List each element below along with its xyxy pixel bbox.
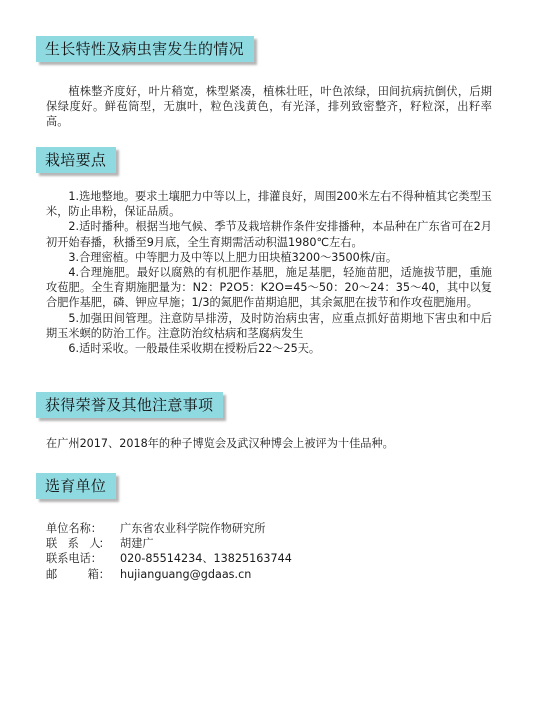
section-header-honors: 获得荣誉及其他注意事项 bbox=[36, 392, 223, 418]
label-suffix: ： bbox=[99, 536, 110, 551]
contact-value-email: hujianguang@gdaas.cn bbox=[120, 567, 251, 582]
contact-label: 单位名称： bbox=[46, 521, 120, 536]
contact-value-unit-name: 广东省农业科学院作物研究所 bbox=[120, 521, 265, 536]
breeding-unit-contact: 单位名称： 广东省农业科学院作物研究所 联 系 人： 胡建广 联系电话： 020… bbox=[46, 521, 292, 582]
section-header-growth-characteristics: 生长特性及病虫害发生的情况 bbox=[36, 36, 254, 62]
contact-value-person: 胡建广 bbox=[120, 536, 154, 551]
contact-row-email: 邮 箱： hujianguang@gdaas.cn bbox=[46, 567, 292, 582]
paragraph: 植株整齐度好，叶片稍宽，株型紧凑，植株壮旺，叶色浓绿，田间抗病抗倒伏，后期保绿度… bbox=[46, 84, 492, 130]
paragraph-step-3: 3.合理密植。中等肥力及中等以上肥力田块植3200～3500株/亩。 bbox=[46, 250, 492, 265]
cultivation-points-text: 1.选地整地。要求土壤肥力中等以上，排灌良好，周围200米左右不得种植其它类型玉… bbox=[46, 189, 492, 356]
paragraph-step-1: 1.选地整地。要求土壤肥力中等以上，排灌良好，周围200米左右不得种植其它类型玉… bbox=[46, 189, 492, 219]
section-header-cultivation-points: 栽培要点 bbox=[36, 147, 116, 173]
growth-characteristics-text: 植株整齐度好，叶片稍宽，株型紧凑，植株壮旺，叶色浓绿，田间抗病抗倒伏，后期保绿度… bbox=[46, 84, 492, 130]
paragraph-step-4: 4.合理施肥。最好以腐熟的有机肥作基肥，施足基肥，轻施苗肥，适施拔节肥，重施攻苞… bbox=[46, 265, 492, 311]
label-char: 邮 bbox=[46, 567, 57, 582]
contact-row-unit-name: 单位名称： 广东省农业科学院作物研究所 bbox=[46, 521, 292, 536]
label-char-group: 箱： bbox=[88, 567, 110, 582]
paragraph-step-6: 6.适时采收。一般最佳采收期在授粉后22～25天。 bbox=[46, 341, 492, 356]
contact-row-contact-person: 联 系 人： 胡建广 bbox=[46, 536, 292, 551]
paragraph-step-5: 5.加强田间管理。注意防旱排涝，及时防治病虫害，应重点抓好苗期地下害虫和中后期玉… bbox=[46, 311, 492, 341]
contact-label: 联系电话： bbox=[46, 551, 120, 566]
label-char: 箱 bbox=[88, 568, 99, 581]
label-suffix: ： bbox=[99, 568, 110, 581]
section-header-breeding-unit: 选育单位 bbox=[36, 473, 116, 499]
contact-label: 邮 箱： bbox=[46, 567, 110, 582]
paragraph: 在广州2017、2018年的种子博览会及武汉种博会上被评为十佳品种。 bbox=[46, 436, 492, 451]
honors-text: 在广州2017、2018年的种子博览会及武汉种博会上被评为十佳品种。 bbox=[46, 436, 492, 451]
contact-row-phone: 联系电话： 020-85514234、13825163744 bbox=[46, 551, 292, 566]
paragraph-step-2: 2.适时播种。根据当地气候、季节及栽培耕作条件安排播种，本品种在广东省可在2月初… bbox=[46, 219, 492, 249]
contact-label: 联 系 人： bbox=[46, 536, 110, 551]
label-char: 联 bbox=[46, 536, 57, 551]
label-char: 系 bbox=[68, 536, 79, 551]
contact-value-phone: 020-85514234、13825163744 bbox=[120, 551, 292, 566]
